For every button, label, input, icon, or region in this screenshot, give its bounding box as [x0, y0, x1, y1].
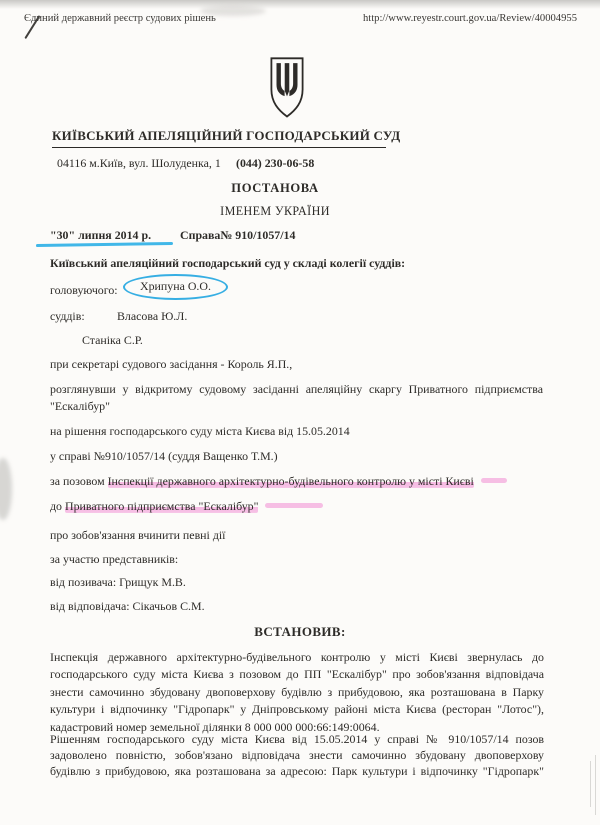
- court-name-heading: КИЇВСЬКИЙ АПЕЛЯЦІЙНИЙ ГОСПОДАРСЬКИЙ СУД: [52, 128, 386, 148]
- scan-smudge: [0, 458, 12, 520]
- case-number: Справа№ 910/1057/14: [180, 228, 295, 243]
- judge-name: Власова Ю.Л.: [117, 309, 187, 324]
- highlighter-tail-mark: [481, 478, 507, 483]
- presiding-judge-name-circled: Хрипуна О.О.: [123, 274, 228, 300]
- judges-label: суддів:: [50, 309, 85, 324]
- subject-line: про зобов'язання вчинити певні дії: [50, 528, 225, 543]
- defendant-line: до Приватного підприємства "Ескалібур": [50, 499, 323, 514]
- court-phone: (044) 230-06-58: [236, 156, 314, 171]
- presiding-label: головуючого:: [50, 283, 118, 298]
- participants-line: за участю представників:: [50, 552, 178, 567]
- ukraine-trident-emblem: [266, 56, 308, 125]
- established-heading: ВСТАНОВИВ:: [0, 624, 600, 640]
- plaintiff-line: за позовом Інспекції державного архітект…: [50, 474, 507, 489]
- in-name-of-ukraine-line: ІМЕНЕМ УКРАЇНИ: [125, 204, 425, 219]
- established-paragraph-2: Рішенням господарського суду міста Києва…: [50, 732, 544, 780]
- plaintiff-representative: від позивача: Грищук М.В.: [50, 575, 186, 590]
- scan-edge-line: [590, 761, 592, 807]
- plaintiff-prefix: за позовом: [50, 474, 105, 488]
- document-type-heading: ПОСТАНОВА: [125, 181, 425, 196]
- secretary-line: при секретарі судового засідання - Корол…: [50, 357, 292, 372]
- case-ref-line: у справі №910/1057/14 (суддя Ващенко Т.М…: [50, 449, 278, 464]
- scan-edge-line: [595, 755, 597, 815]
- judge-name: Станіка С.Р.: [82, 333, 143, 348]
- highlighter-tail-mark: [265, 503, 323, 508]
- defendant-prefix: до: [50, 499, 62, 513]
- defendant-name-highlighted: Приватного підприємства "Ескалібур": [65, 499, 258, 513]
- considered-line: розглянувши у відкритому судовому засіда…: [50, 381, 543, 414]
- appealed-decision-line: на рішення господарського суду міста Киє…: [50, 424, 350, 439]
- source-url: http://www.reyestr.court.gov.ua/Review/4…: [363, 13, 577, 24]
- court-decision-scan-page: Єдиний державний реєстр судових рішень h…: [0, 0, 600, 825]
- established-paragraph-1: Інспекція державного архітектурно-будіве…: [50, 649, 544, 736]
- panel-intro-line: Київський апеляційний господарський суд …: [50, 256, 405, 271]
- plaintiff-name-highlighted: Інспекції державного архітектурно-будіве…: [108, 474, 474, 488]
- defendant-representative: від відповідача: Сікачьов С.М.: [50, 599, 205, 614]
- pen-underline-mark: [36, 242, 173, 248]
- court-address: 04116 м.Київ, вул. Шолуденка, 1: [57, 156, 221, 171]
- decision-date: "30" липня 2014 р.: [50, 228, 151, 243]
- register-title: Єдиний державний реєстр судових рішень: [24, 13, 216, 24]
